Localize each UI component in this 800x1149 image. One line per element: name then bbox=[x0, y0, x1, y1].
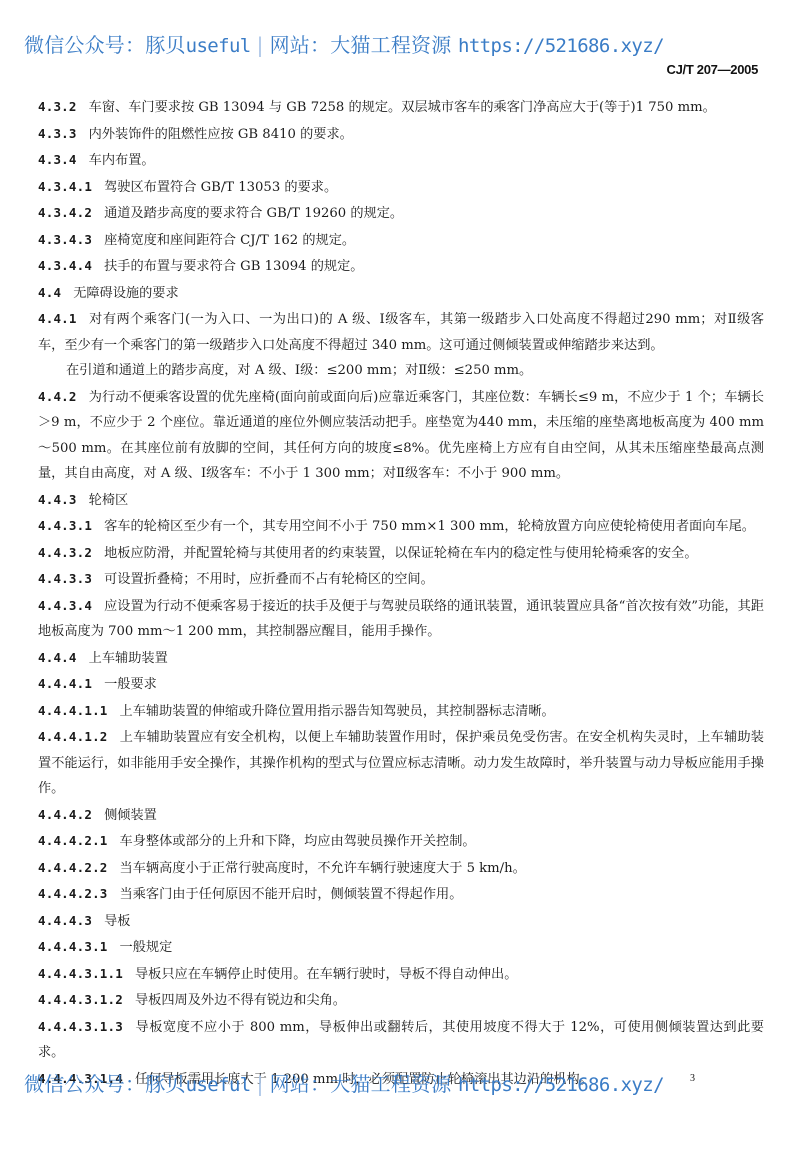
clause-text: 导板宽度不应小于 800 mm，导板伸出或翻转后，其使用坡度不得大于 12%，可… bbox=[38, 1020, 764, 1061]
clause-text: 车窗、车门要求按 GB 13094 与 GB 7258 的规定。双层城市客车的乘… bbox=[89, 100, 716, 115]
site-label: 网站： bbox=[270, 33, 331, 57]
clause-text: 侧倾装置 bbox=[104, 808, 157, 823]
clause-number: 4.4.2 bbox=[38, 389, 77, 404]
clause-text: 驾驶区布置符合 GB/T 13053 的要求。 bbox=[104, 180, 337, 195]
clause-paragraph: 4.4.4.3导板 bbox=[38, 908, 764, 935]
clause-paragraph: 4.3.4.4扶手的布置与要求符合 GB 13094 的规定。 bbox=[38, 253, 764, 280]
clause-paragraph: 4.4.3.2地板应防滑，并配置轮椅与其使用者的约束装置，以保证轮椅在车内的稳定… bbox=[38, 540, 764, 567]
clause-paragraph: 4.4.4.2.2当车辆高度小于正常行驶高度时，不允许车辆行驶速度大于 5 km… bbox=[38, 855, 764, 882]
clause-paragraph: 4.3.4.3座椅宽度和座间距符合 CJ/T 162 的规定。 bbox=[38, 227, 764, 254]
clause-text: 应设置为行动不便乘客易于接近的扶手及便于与驾驶员联络的通讯装置，通讯装置应具备“… bbox=[38, 599, 764, 640]
clause-paragraph: 4.4.4上车辅助装置 bbox=[38, 645, 764, 672]
clause-number: 4.4.3.1 bbox=[38, 518, 92, 533]
clause-number: 4.4.4.1.2 bbox=[38, 729, 108, 744]
clause-number: 4.4.1 bbox=[38, 311, 77, 326]
clause-text: 内外装饰件的阻燃性应按 GB 8410 的要求。 bbox=[89, 127, 353, 142]
clause-text: 在引道和通道上的踏步高度，对 A 级、Ⅰ级：≤200 mm；对Ⅱ级：≤250 m… bbox=[66, 363, 532, 378]
clause-number: 4.3.4.3 bbox=[38, 232, 92, 247]
separator: | bbox=[251, 1072, 270, 1096]
site-url: https://521686.xyz/ bbox=[458, 35, 664, 57]
clause-text: 座椅宽度和座间距符合 CJ/T 162 的规定。 bbox=[104, 233, 355, 248]
clause-paragraph: 4.4.3.4应设置为行动不便乘客易于接近的扶手及便于与驾驶员联络的通讯装置，通… bbox=[38, 593, 764, 645]
clause-paragraph: 4.4.3.3可设置折叠椅；不用时，应折叠而不占有轮椅区的空间。 bbox=[38, 566, 764, 593]
clause-number: 4.3.4.2 bbox=[38, 205, 92, 220]
wechat-name: 豚贝 bbox=[145, 1072, 185, 1096]
document-code: CJ/T 207—2005 bbox=[667, 62, 759, 77]
separator: | bbox=[251, 33, 270, 57]
document-body: 4.3.2车窗、车门要求按 GB 13094 与 GB 7258 的规定。双层城… bbox=[38, 94, 764, 1092]
clause-number: 4.4.4.2 bbox=[38, 807, 92, 822]
clause-text: 一般要求 bbox=[104, 677, 157, 692]
clause-text: 可设置折叠椅；不用时，应折叠而不占有轮椅区的空间。 bbox=[104, 572, 434, 587]
clause-paragraph: 4.3.4.2通道及踏步高度的要求符合 GB/T 19260 的规定。 bbox=[38, 200, 764, 227]
clause-paragraph: 4.4.1对有两个乘客门(一为入口、一为出口)的 A 级、Ⅰ级客车，其第一级踏步… bbox=[38, 306, 764, 358]
clause-text: 上车辅助装置的伸缩或升降位置用指示器告知驾驶员，其控制器标志清晰。 bbox=[120, 704, 555, 719]
clause-paragraph: 4.4无障碍设施的要求 bbox=[38, 280, 764, 307]
clause-number: 4.4.3 bbox=[38, 492, 77, 507]
site-name: 大猫工程资源 bbox=[330, 33, 451, 57]
clause-text: 无障碍设施的要求 bbox=[73, 286, 179, 301]
page-number: 3 bbox=[690, 1073, 695, 1084]
clause-number: 4.4.4.1 bbox=[38, 676, 92, 691]
clause-text: 通道及踏步高度的要求符合 GB/T 19260 的规定。 bbox=[104, 206, 403, 221]
clause-paragraph: 4.4.3.1客车的轮椅区至少有一个，其专用空间不小于 750 mm×1 300… bbox=[38, 513, 764, 540]
wechat-name-latin: useful bbox=[186, 35, 251, 57]
clause-number: 4.4.4.1.1 bbox=[38, 703, 108, 718]
clause-paragraph: 4.4.4.1一般要求 bbox=[38, 671, 764, 698]
clause-text: 对有两个乘客门(一为入口、一为出口)的 A 级、Ⅰ级客车，其第一级踏步入口处高度… bbox=[38, 312, 764, 353]
site-url: https://521686.xyz/ bbox=[458, 1074, 664, 1096]
clause-paragraph: 4.4.4.2.3当乘客门由于任何原因不能开启时，侧倾装置不得起作用。 bbox=[38, 881, 764, 908]
clause-paragraph: 在引道和通道上的踏步高度，对 A 级、Ⅰ级：≤200 mm；对Ⅱ级：≤250 m… bbox=[38, 358, 764, 384]
clause-paragraph: 4.4.4.3.1一般规定 bbox=[38, 934, 764, 961]
clause-text: 车内布置。 bbox=[89, 153, 155, 168]
clause-text: 扶手的布置与要求符合 GB 13094 的规定。 bbox=[104, 259, 363, 274]
wechat-label: 微信公众号： bbox=[24, 33, 145, 57]
clause-number: 4.4.4.2.2 bbox=[38, 860, 108, 875]
clause-number: 4.4.4.3.1.2 bbox=[38, 992, 123, 1007]
clause-paragraph: 4.4.4.2.1车身整体或部分的上升和下降，均应由驾驶员操作开关控制。 bbox=[38, 828, 764, 855]
clause-paragraph: 4.3.3内外装饰件的阻燃性应按 GB 8410 的要求。 bbox=[38, 121, 764, 148]
clause-text: 当车辆高度小于正常行驶高度时，不允许车辆行驶速度大于 5 km/h。 bbox=[120, 861, 526, 876]
clause-text: 客车的轮椅区至少有一个，其专用空间不小于 750 mm×1 300 mm，轮椅放… bbox=[104, 519, 755, 534]
clause-text: 车身整体或部分的上升和下降，均应由驾驶员操作开关控制。 bbox=[120, 834, 476, 849]
clause-text: 导板四周及外边不得有锐边和尖角。 bbox=[135, 993, 346, 1008]
clause-text: 当乘客门由于任何原因不能开启时，侧倾装置不得起作用。 bbox=[120, 887, 463, 902]
clause-text: 导板 bbox=[104, 914, 130, 929]
clause-number: 4.3.4.4 bbox=[38, 258, 92, 273]
clause-paragraph: 4.3.4.1驾驶区布置符合 GB/T 13053 的要求。 bbox=[38, 174, 764, 201]
wechat-label: 微信公众号： bbox=[24, 1072, 145, 1096]
clause-paragraph: 4.3.4车内布置。 bbox=[38, 147, 764, 174]
clause-number: 4.3.2 bbox=[38, 99, 77, 114]
wechat-name: 豚贝 bbox=[145, 33, 185, 57]
watermark-bottom: 微信公众号：豚贝useful|网站：大猫工程资源 https://521686.… bbox=[24, 1071, 784, 1098]
watermark-top: 微信公众号：豚贝useful|网站：大猫工程资源 https://521686.… bbox=[24, 32, 784, 59]
clause-paragraph: 4.4.4.1.2上车辅助装置应有安全机构，以便上车辅助装置作用时，保护乘员免受… bbox=[38, 724, 764, 802]
clause-paragraph: 4.4.4.1.1上车辅助装置的伸缩或升降位置用指示器告知驾驶员，其控制器标志清… bbox=[38, 698, 764, 725]
clause-text: 为行动不便乘客设置的优先座椅(面向前或面向后)应靠近乘客门，其座位数：车辆长≤9… bbox=[38, 390, 764, 482]
clause-text: 导板只应在车辆停止时使用。在车辆行驶时，导板不得自动伸出。 bbox=[135, 967, 517, 982]
clause-paragraph: 4.4.3轮椅区 bbox=[38, 487, 764, 514]
clause-text: 上车辅助装置 bbox=[89, 651, 168, 666]
clause-number: 4.4.3.2 bbox=[38, 545, 92, 560]
clause-text: 地板应防滑，并配置轮椅与其使用者的约束装置，以保证轮椅在车内的稳定性与使用轮椅乘… bbox=[104, 546, 697, 561]
site-label: 网站： bbox=[270, 1072, 331, 1096]
clause-paragraph: 4.4.4.3.1.2导板四周及外边不得有锐边和尖角。 bbox=[38, 987, 764, 1014]
site-name: 大猫工程资源 bbox=[330, 1072, 451, 1096]
clause-text: 轮椅区 bbox=[89, 493, 129, 508]
clause-number: 4.4 bbox=[38, 285, 61, 300]
clause-number: 4.4.4.2.3 bbox=[38, 886, 108, 901]
clause-paragraph: 4.4.4.3.1.3导板宽度不应小于 800 mm，导板伸出或翻转后，其使用坡… bbox=[38, 1014, 764, 1066]
clause-number: 4.4.4.3.1.1 bbox=[38, 966, 123, 981]
clause-number: 4.4.4.3 bbox=[38, 913, 92, 928]
clause-paragraph: 4.4.4.3.1.1导板只应在车辆停止时使用。在车辆行驶时，导板不得自动伸出。 bbox=[38, 961, 764, 988]
clause-number: 4.4.4 bbox=[38, 650, 77, 665]
clause-number: 4.3.4 bbox=[38, 152, 77, 167]
clause-paragraph: 4.3.2车窗、车门要求按 GB 13094 与 GB 7258 的规定。双层城… bbox=[38, 94, 764, 121]
clause-number: 4.3.3 bbox=[38, 126, 77, 141]
clause-paragraph: 4.4.2为行动不便乘客设置的优先座椅(面向前或面向后)应靠近乘客门，其座位数：… bbox=[38, 384, 764, 487]
clause-number: 4.4.4.3.1.3 bbox=[38, 1019, 123, 1034]
clause-number: 4.4.4.3.1 bbox=[38, 939, 108, 954]
clause-number: 4.3.4.1 bbox=[38, 179, 92, 194]
wechat-name-latin: useful bbox=[186, 1074, 251, 1096]
clause-number: 4.4.4.2.1 bbox=[38, 833, 108, 848]
clause-text: 上车辅助装置应有安全机构，以便上车辅助装置作用时，保护乘员免受伤害。在安全机构失… bbox=[38, 730, 764, 796]
clause-number: 4.4.3.4 bbox=[38, 598, 92, 613]
clause-paragraph: 4.4.4.2侧倾装置 bbox=[38, 802, 764, 829]
clause-number: 4.4.3.3 bbox=[38, 571, 92, 586]
clause-text: 一般规定 bbox=[120, 940, 173, 955]
